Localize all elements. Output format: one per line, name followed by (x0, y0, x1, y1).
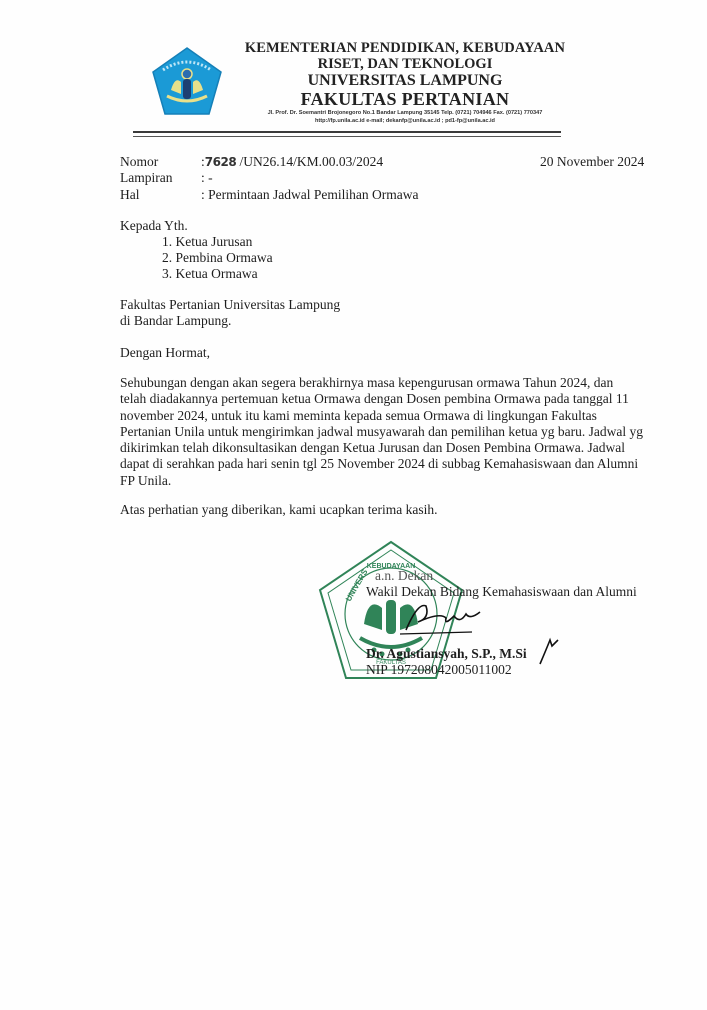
recipient-salutation: Kepada Yth. (120, 218, 188, 234)
body-line: Pertanian Unila untuk mengirimkan jadwal… (120, 424, 660, 440)
signature-on-behalf: a.n. Dekan (375, 568, 433, 584)
letterhead-ministry-line1: KEMENTERIAN PENDIDIKAN, KEBUDAYAAN (205, 40, 605, 56)
body-line: november 2024, untuk itu kami meminta ke… (120, 408, 660, 424)
recipient-item: 3. Ketua Ormawa (162, 266, 258, 282)
signatory-nip: NIP 197208042005011002 (366, 662, 512, 678)
body-line: Sehubungan dengan akan segera berakhirny… (120, 375, 660, 391)
nomor-label: Nomor (120, 154, 158, 170)
letterhead-divider (133, 131, 561, 137)
nomor-value: :7628 /UN26.14/KM.00.03/2024 (201, 154, 383, 170)
body-line: dapat di serahkan pada hari senin tgl 25… (120, 456, 660, 472)
letter-date: 20 November 2024 (540, 154, 644, 170)
letterhead: KEMENTERIAN PENDIDIKAN, KEBUDAYAAN RISET… (205, 40, 605, 125)
nomor-code: /UN26.14/KM.00.03/2024 (240, 154, 384, 169)
hal-label: Hal (120, 187, 140, 203)
greeting: Dengan Hormat, (120, 345, 210, 361)
recipient-item: 2. Pembina Ormawa (162, 250, 273, 266)
lampiran-value: : - (201, 170, 213, 186)
lampiran-label: Lampiran (120, 170, 172, 186)
nomor-handwritten-number: 7628 (205, 155, 236, 169)
letterhead-ministry-line2: RISET, DAN TEKNOLOGI (205, 56, 605, 72)
letterhead-faculty: FAKULTAS PERTANIAN (205, 89, 605, 109)
initial-mark-icon (538, 636, 560, 666)
letterhead-contact: http://fp.unila.ac.id e-mail; dekanfp@un… (205, 117, 605, 125)
recipient-item: 1. Ketua Jurusan (162, 234, 252, 250)
body-line: FP Unila. (120, 473, 660, 489)
letter-page: KEMENTERIAN PENDIDIKAN, KEBUDAYAAN RISET… (0, 0, 707, 1010)
handwritten-signature-icon (400, 598, 490, 638)
body-paragraph: Sehubungan dengan akan segera berakhirny… (120, 375, 660, 489)
body-line: dikirimkan telah dikonsultasikan dengan … (120, 440, 660, 456)
letterhead-university: UNIVERSITAS LAMPUNG (205, 72, 605, 89)
recipient-place-line1: Fakultas Pertanian Universitas Lampung (120, 297, 340, 313)
signatory-name: Dr. Agustiansyah, S.P., M.Si (366, 646, 527, 662)
letterhead-address: Jl. Prof. Dr. Soemantri Brojonegoro No.1… (205, 109, 605, 117)
recipient-place-line2: di Bandar Lampung. (120, 313, 231, 329)
closing-line: Atas perhatian yang diberikan, kami ucap… (120, 502, 438, 518)
hal-value: : Permintaan Jadwal Pemilihan Ormawa (201, 187, 418, 203)
body-line: telah diadakannya pertemuan ketua Ormawa… (120, 391, 660, 407)
